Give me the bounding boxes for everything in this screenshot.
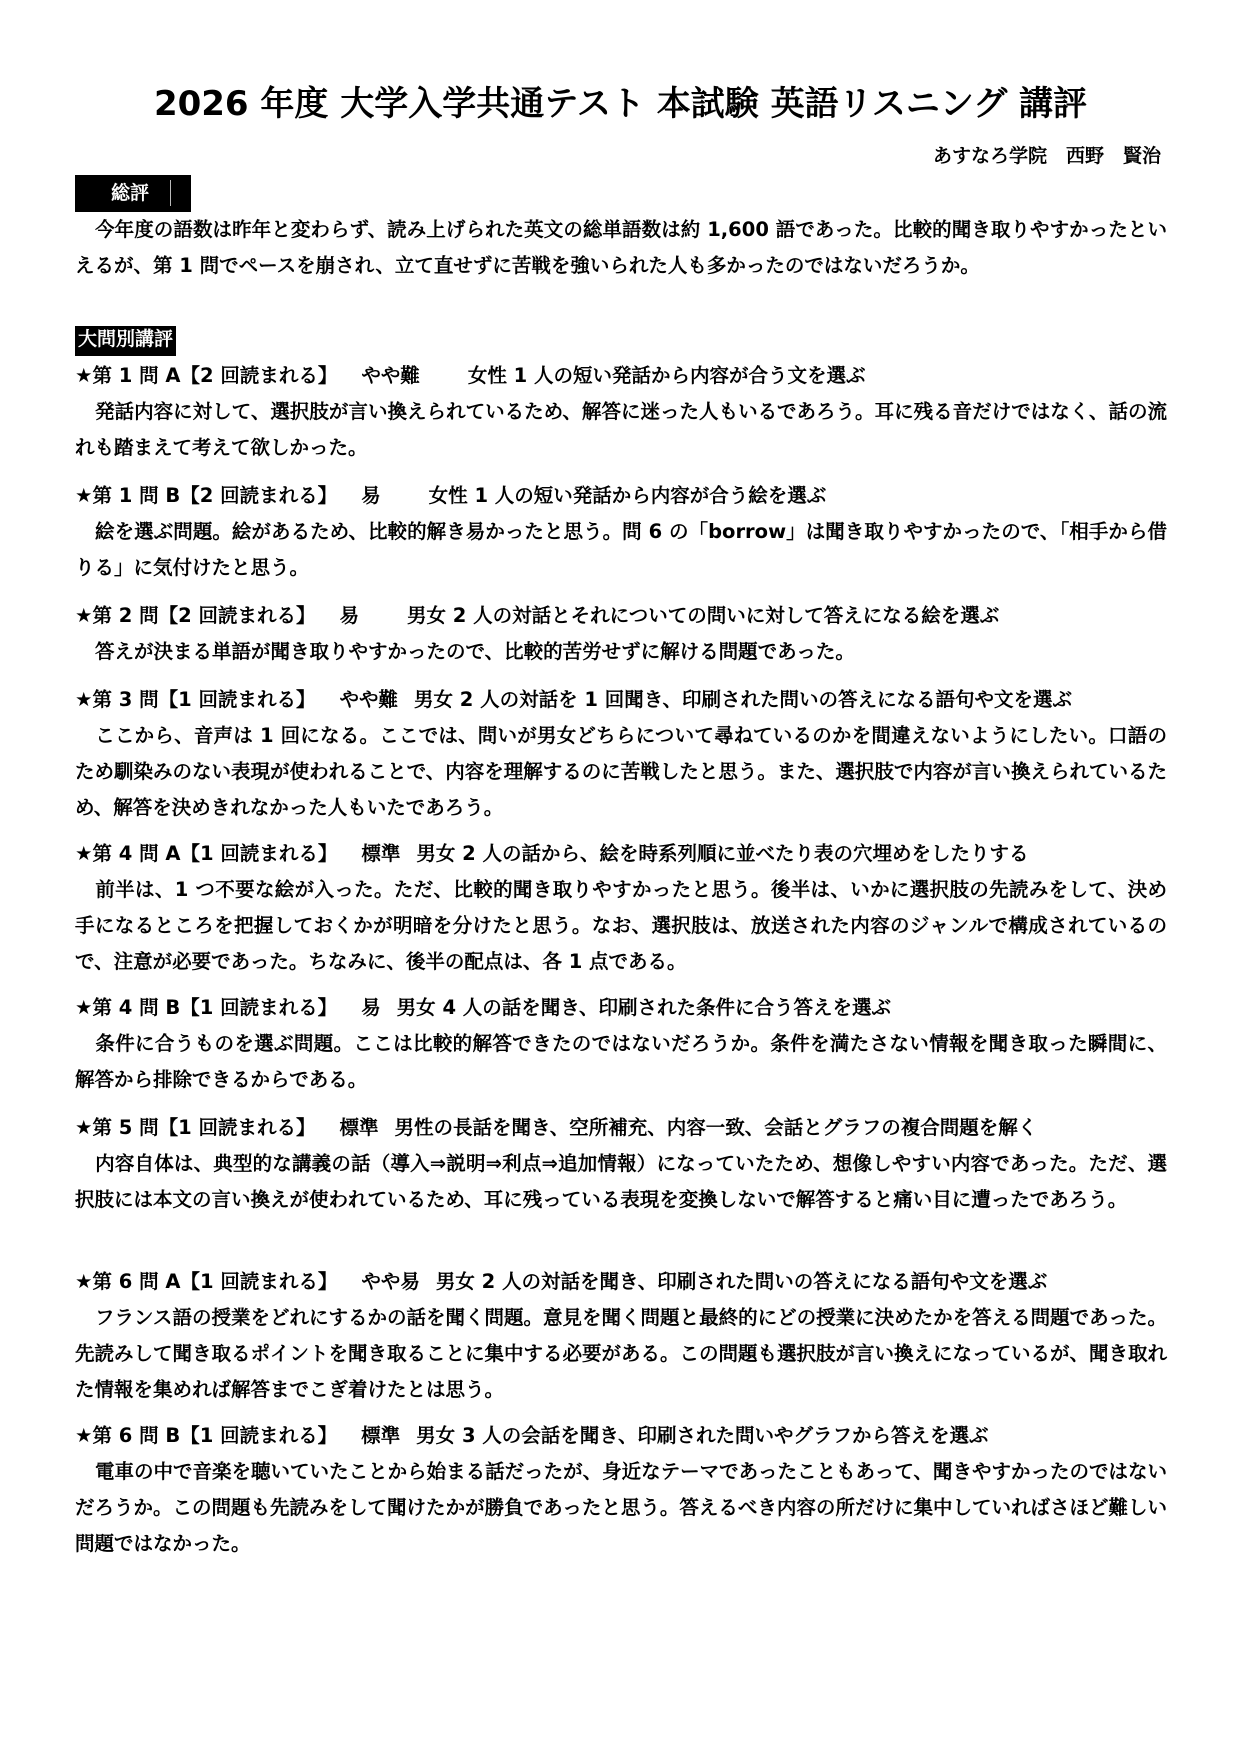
section-heading: ★第 1 問 A【2 回読まれる】やや難女性 1 人の短い発話から内容が合う文を… (75, 358, 1167, 394)
section-q3: ★第 3 問【1 回読まれる】やや難男女 2 人の対話を 1 回聞き、印刷された… (75, 682, 1167, 826)
section-q1a: ★第 1 問 A【2 回読まれる】やや難女性 1 人の短い発話から内容が合う文を… (75, 358, 1167, 466)
section-comment: ここから、音声は 1 回になる。ここでは、問いが男女どちらについて尋ねているのか… (75, 718, 1167, 826)
document-page: 2026 年度 大学入学共通テスト 本試験 英語リスニング 講評 あすなろ学院 … (0, 0, 1241, 1755)
section-comment: 前半は、1 つ不要な絵が入った。ただ、比較的聞き取りやすかったと思う。後半は、い… (75, 872, 1167, 980)
question-label: ★第 1 問 B【2 回読まれる】 (75, 484, 337, 507)
section-q4a: ★第 4 問 A【1 回読まれる】標準男女 2 人の話から、絵を時系列順に並べた… (75, 836, 1167, 980)
section-q5: ★第 5 問【1 回読まれる】標準男性の長話を聞き、空所補充、内容一致、会話とグ… (75, 1110, 1167, 1218)
question-label: ★第 6 問 B【1 回読まれる】 (75, 1424, 337, 1447)
text-cursor (170, 180, 171, 206)
section-heading: ★第 4 問 A【1 回読まれる】標準男女 2 人の話から、絵を時系列順に並べた… (75, 836, 1167, 872)
difficulty-label: 標準 (339, 1116, 378, 1139)
section-heading: ★第 1 問 B【2 回読まれる】易女性 1 人の短い発話から内容が合う絵を選ぶ (75, 478, 1167, 514)
section-q6b: ★第 6 問 B【1 回読まれる】標準男女 3 人の会話を聞き、印刷された問いや… (75, 1418, 1167, 1562)
overall-text: 今年度の語数は昨年と変わらず、読み上げられた英文の総単語数は約 1,600 語で… (75, 212, 1167, 284)
section-comment: 条件に合うものを選ぶ問題。ここは比較的解答できたのではないだろうか。条件を満たさ… (75, 1026, 1167, 1098)
section-comment: 絵を選ぶ問題。絵があるため、比較的解き易かったと思う。問 6 の「borrow」… (75, 514, 1167, 586)
difficulty-label: 標準 (361, 1424, 400, 1447)
section-comment: 電車の中で音楽を聴いていたことから始まる話だったが、身近なテーマであったこともあ… (75, 1454, 1167, 1562)
question-description: 男性の長話を聞き、空所補充、内容一致、会話とグラフの複合問題を解く (395, 1116, 1038, 1139)
question-description: 男女 2 人の話から、絵を時系列順に並べたり表の穴埋めをしたりする (416, 842, 1028, 865)
section-q6a: ★第 6 問 A【1 回読まれる】やや易男女 2 人の対話を聞き、印刷された問い… (75, 1264, 1167, 1408)
section-heading: ★第 4 問 B【1 回読まれる】易男女 4 人の話を聞き、印刷された条件に合う… (75, 990, 1167, 1026)
question-description: 女性 1 人の短い発話から内容が合う絵を選ぶ (429, 484, 827, 507)
question-description: 女性 1 人の短い発話から内容が合う文を選ぶ (468, 364, 866, 387)
section-comment: 内容自体は、典型的な講義の話（導入⇒説明⇒利点⇒追加情報）になっていたため、想像… (75, 1146, 1167, 1218)
document-title: 2026 年度 大学入学共通テスト 本試験 英語リスニング 講評 (0, 82, 1241, 126)
overall-text-body: 今年度の語数は昨年と変わらず、読み上げられた英文の総単語数は約 1,600 語で… (75, 218, 1167, 277)
question-label: ★第 5 問【1 回読まれる】 (75, 1116, 315, 1139)
difficulty-label: 易 (361, 484, 381, 507)
difficulty-label: 易 (339, 604, 359, 627)
question-label: ★第 6 問 A【1 回読まれる】 (75, 1270, 337, 1293)
question-description: 男女 4 人の話を聞き、印刷された条件に合う答えを選ぶ (397, 996, 891, 1019)
difficulty-label: やや難 (361, 364, 420, 387)
question-label: ★第 4 問 B【1 回読まれる】 (75, 996, 337, 1019)
question-label: ★第 2 問【2 回読まれる】 (75, 604, 315, 627)
author-line: あすなろ学院 西野 賢治 (933, 142, 1161, 170)
section-q1b: ★第 1 問 B【2 回読まれる】易女性 1 人の短い発話から内容が合う絵を選ぶ… (75, 478, 1167, 586)
question-label: ★第 1 問 A【2 回読まれる】 (75, 364, 337, 387)
difficulty-label: やや易 (361, 1270, 420, 1293)
question-description: 男女 2 人の対話とそれについての問いに対して答えになる絵を選ぶ (407, 604, 999, 627)
difficulty-label: やや難 (339, 688, 398, 711)
section-q4b: ★第 4 問 B【1 回読まれる】易男女 4 人の話を聞き、印刷された条件に合う… (75, 990, 1167, 1098)
question-description: 男女 2 人の対話を 1 回聞き、印刷された問いの答えになる語句や文を選ぶ (414, 688, 1072, 711)
section-comment: 答えが決まる単語が聞き取りやすかったので、比較的苦労せずに解ける問題であった。 (75, 634, 1167, 670)
question-label: ★第 4 問 A【1 回読まれる】 (75, 842, 337, 865)
section-comment: フランス語の授業をどれにするかの話を聞く問題。意見を聞く問題と最終的にどの授業に… (75, 1300, 1167, 1408)
question-label: ★第 3 問【1 回読まれる】 (75, 688, 315, 711)
section-heading: ★第 5 問【1 回読まれる】標準男性の長話を聞き、空所補充、内容一致、会話とグ… (75, 1110, 1167, 1146)
difficulty-label: 標準 (361, 842, 400, 865)
question-description: 男女 3 人の会話を聞き、印刷された問いやグラフから答えを選ぶ (416, 1424, 988, 1447)
section-q2: ★第 2 問【2 回読まれる】易男女 2 人の対話とそれについての問いに対して答… (75, 598, 1167, 670)
difficulty-label: 易 (361, 996, 381, 1019)
question-description: 男女 2 人の対話を聞き、印刷された問いの答えになる語句や文を選ぶ (436, 1270, 1047, 1293)
section-comment: 発話内容に対して、選択肢が言い換えられているため、解答に迷った人もいるであろう。… (75, 394, 1167, 466)
section-heading: ★第 6 問 A【1 回読まれる】やや易男女 2 人の対話を聞き、印刷された問い… (75, 1264, 1167, 1300)
section-heading: ★第 3 問【1 回読まれる】やや難男女 2 人の対話を 1 回聞き、印刷された… (75, 682, 1167, 718)
by-question-label: 大問別講評 (75, 326, 176, 356)
section-heading: ★第 6 問 B【1 回読まれる】標準男女 3 人の会話を聞き、印刷された問いや… (75, 1418, 1167, 1454)
section-heading: ★第 2 問【2 回読まれる】易男女 2 人の対話とそれについての問いに対して答… (75, 598, 1167, 634)
overall-label-text: 総評 (111, 180, 149, 206)
overall-label: 総評 (75, 175, 191, 212)
